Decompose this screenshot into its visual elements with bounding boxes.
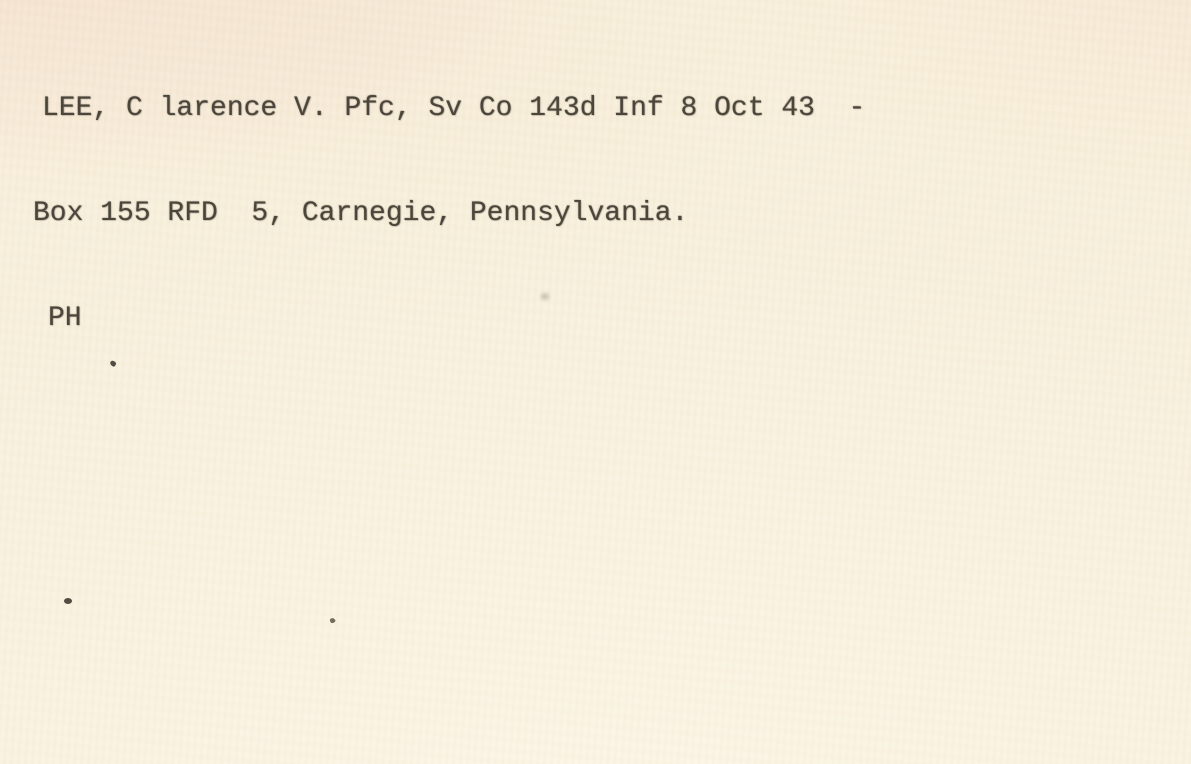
award-code-line: PH [48,301,865,336]
ink-speck [64,598,72,604]
typed-text-block: LEE, C larence V. Pfc, Sv Co 143d Inf 8 … [0,21,865,406]
soldier-name-line: LEE, C larence V. Pfc, Sv Co 143d Inf 8 … [42,91,865,126]
paper-smudge [536,289,554,304]
address-line: Box 155 RFD 5, Carnegie, Pennsylvania. [33,196,865,231]
ink-speck [329,617,336,624]
index-card: LEE, C larence V. Pfc, Sv Co 143d Inf 8 … [0,0,1191,764]
